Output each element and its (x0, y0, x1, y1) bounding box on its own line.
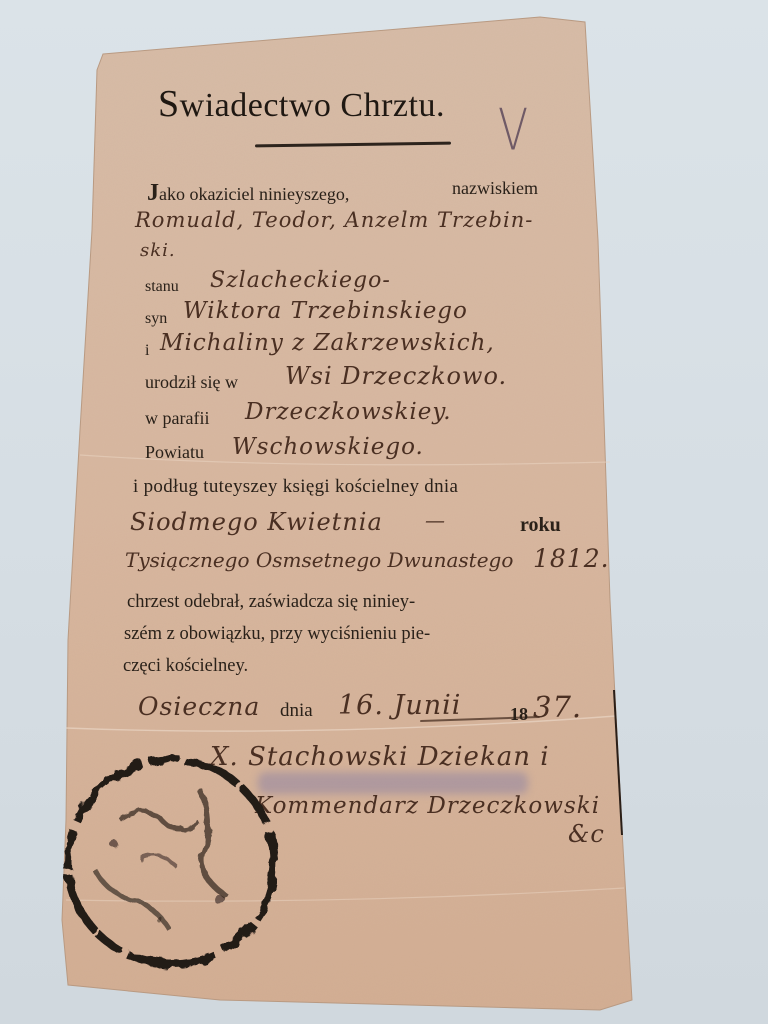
church-seal-icon (0, 0, 768, 1024)
certificate-document: Swiadectwo Chrztu. V Jako okaziciel nini… (0, 0, 768, 1024)
